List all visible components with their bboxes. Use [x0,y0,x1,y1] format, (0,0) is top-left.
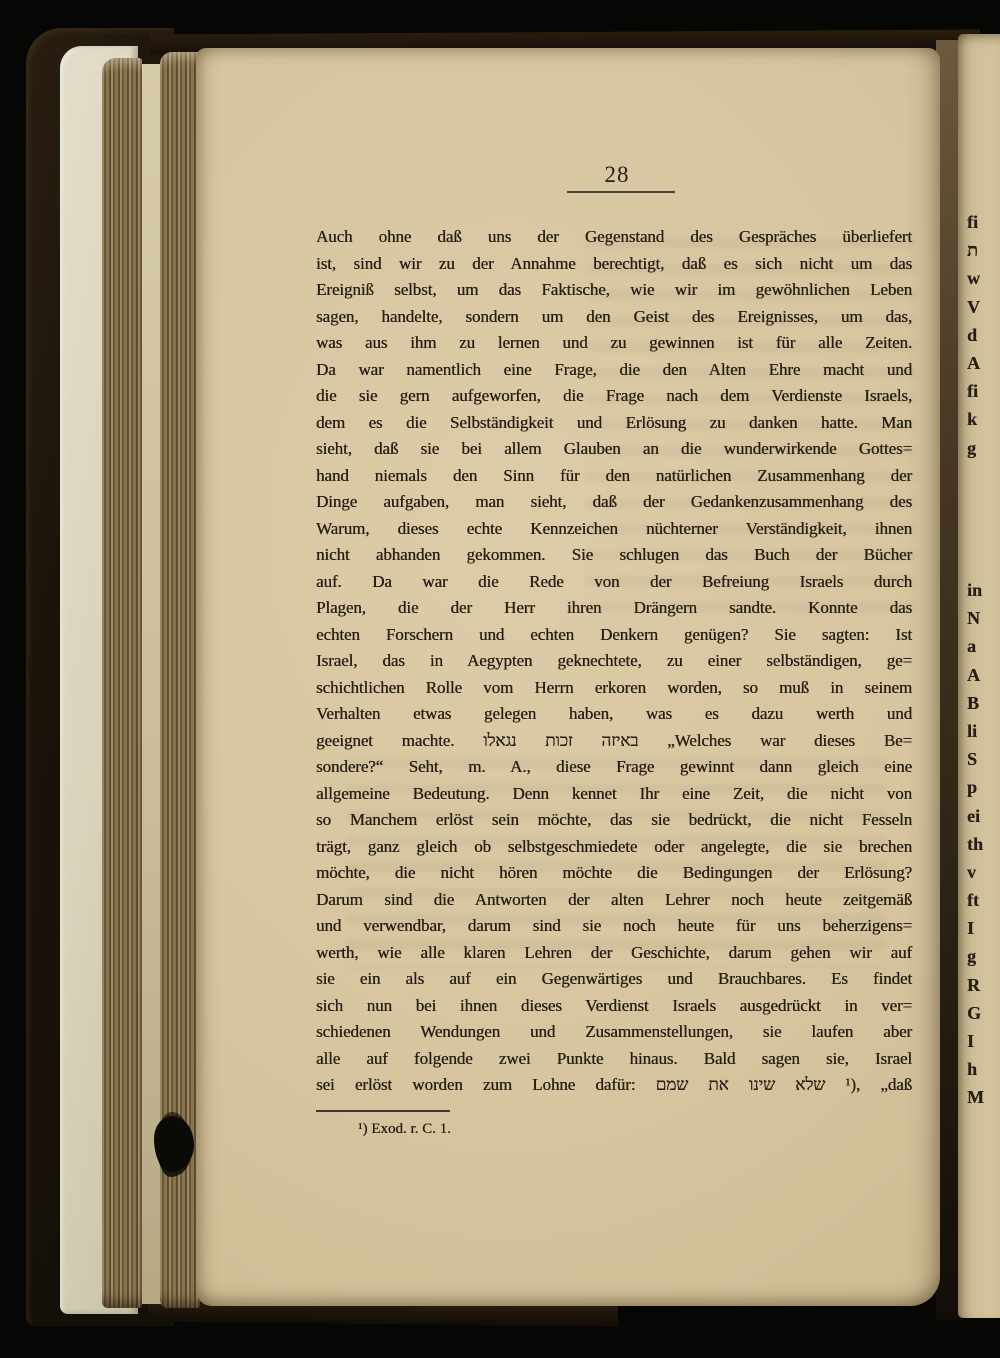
body-line: Israel, das in Aegypten geknechtete, zu … [316,648,912,675]
text-fragment: ei [967,802,1000,830]
body-line: sich nun bei ihnen dieses Verdienst Isra… [316,993,912,1020]
text-fragment: li [967,717,1000,745]
facing-page-fragments-lower: inNaABliSpeithvftIgRGIhM [967,576,1000,1112]
body-line: was aus ihm zu lernen und zu gewinnen is… [316,330,912,357]
text-fragment: G [967,999,1000,1027]
body-line: die sie gern aufgeworfen, die Frage nach… [316,383,912,410]
body-line: auf. Da war die Rede von der Befreiung I… [316,569,912,596]
body-line: Da war namentlich eine Frage, die den Al… [316,357,912,384]
page-header: 28 [567,162,667,193]
body-line: allgemeine Bedeutung. Denn kennet Ihr ei… [316,781,912,808]
body-line: Verhalten etwas gelegen haben, was es da… [316,701,912,728]
body-line: trägt, ganz gleich ob selbstgeschmiedete… [316,834,912,861]
body-line: sieht, daß sie bei allem Glauben an die … [316,436,912,463]
text-fragment: A [967,661,1000,689]
text-fragment: g [967,434,1000,462]
body-line: sie ein als auf ein Gegenwärtiges und Br… [316,966,912,993]
body-line: sei erlöst worden zum Lohne dafür: שלא ש… [316,1072,912,1099]
text-fragment: R [967,971,1000,999]
body-line: geeignet machte. באיזה זכות נגאלו „Welch… [316,728,912,755]
body-line: Auch ohne daß uns der Gegenstand des Ges… [316,224,912,251]
body-line: so Manchem erlöst sein möchte, das sie b… [316,807,912,834]
body-line: sagen, handelte, sondern um den Geist de… [316,304,912,331]
book-page: 28 Auch ohne daß uns der Gegenstand des … [196,48,940,1306]
body-line: und verwendbar, darum sind sie noch heut… [316,913,912,940]
text-fragment: g [967,942,1000,970]
page-number: 28 [567,162,667,188]
text-fragment: A [967,349,1000,377]
text-fragment: B [967,689,1000,717]
book-scan: 28 Auch ohne daß uns der Gegenstand des … [0,0,1000,1358]
text-fragment: S [967,745,1000,773]
text-fragment: fi [967,208,1000,236]
body-line: hand niemals den Sinn für den natürliche… [316,463,912,490]
text-fragment: w [967,264,1000,292]
text-fragment: v [967,858,1000,886]
body-line: Plagen, die der Herr ihren Drängern sand… [316,595,912,622]
body-line: Ereigniß selbst, um das Faktische, wie w… [316,277,912,304]
body-line: nicht abhanden gekommen. Sie schlugen da… [316,542,912,569]
body-line: sondere?“ Seht, m. A., diese Frage gewin… [316,754,912,781]
body-line: Warum, dieses echte Kennzeichen nüchtern… [316,516,912,543]
body-line: echten Forschern und echten Denkern genü… [316,622,912,649]
text-fragment: I [967,914,1000,942]
page-stack-edges-outer [102,58,142,1308]
page-stack-gap [142,64,162,1304]
text-fragment: ת [967,236,1000,264]
text-fragment: h [967,1055,1000,1083]
text-fragment: in [967,576,1000,604]
text-fragment: k [967,405,1000,433]
text-fragment: N [967,604,1000,632]
facing-page-sliver: fiתwVdAfikg inNaABliSpeithvftIgRGIhM [958,34,1000,1318]
text-fragment: d [967,321,1000,349]
body-line: Darum sind die Antworten der alten Lehre… [316,887,912,914]
facing-page-fragments-upper: fiתwVdAfikg [967,208,1000,462]
text-fragment: fi [967,377,1000,405]
text-fragment: th [967,830,1000,858]
body-text: Auch ohne daß uns der Gegenstand des Ges… [316,224,912,1099]
text-fragment: V [967,293,1000,321]
body-line: möchte, die nicht hören möchte die Bedin… [316,860,912,887]
text-fragment: p [967,773,1000,801]
body-line: schichtlichen Rolle vom Herrn erkoren wo… [316,675,912,702]
text-fragment: a [967,632,1000,660]
body-line: schiedenen Wendungen und Zusammenstellun… [316,1019,912,1046]
body-line: Dinge aufgaben, man sieht, daß der Gedan… [316,489,912,516]
body-line: alle auf folgende zwei Punkte hinaus. Ba… [316,1046,912,1073]
footnote-separator [316,1110,450,1112]
page-number-rule [567,191,675,193]
body-line: dem es die Selbständigkeit und Erlösung … [316,410,912,437]
text-fragment: M [967,1083,1000,1111]
text-fragment: ft [967,886,1000,914]
body-line: ist, sind wir zu der Annahme berechtigt,… [316,251,912,278]
text-fragment: I [967,1027,1000,1055]
body-line: werth, wie alle klaren Lehren der Geschi… [316,940,912,967]
footnote: ¹) Exod. r. C. 1. [358,1118,451,1140]
